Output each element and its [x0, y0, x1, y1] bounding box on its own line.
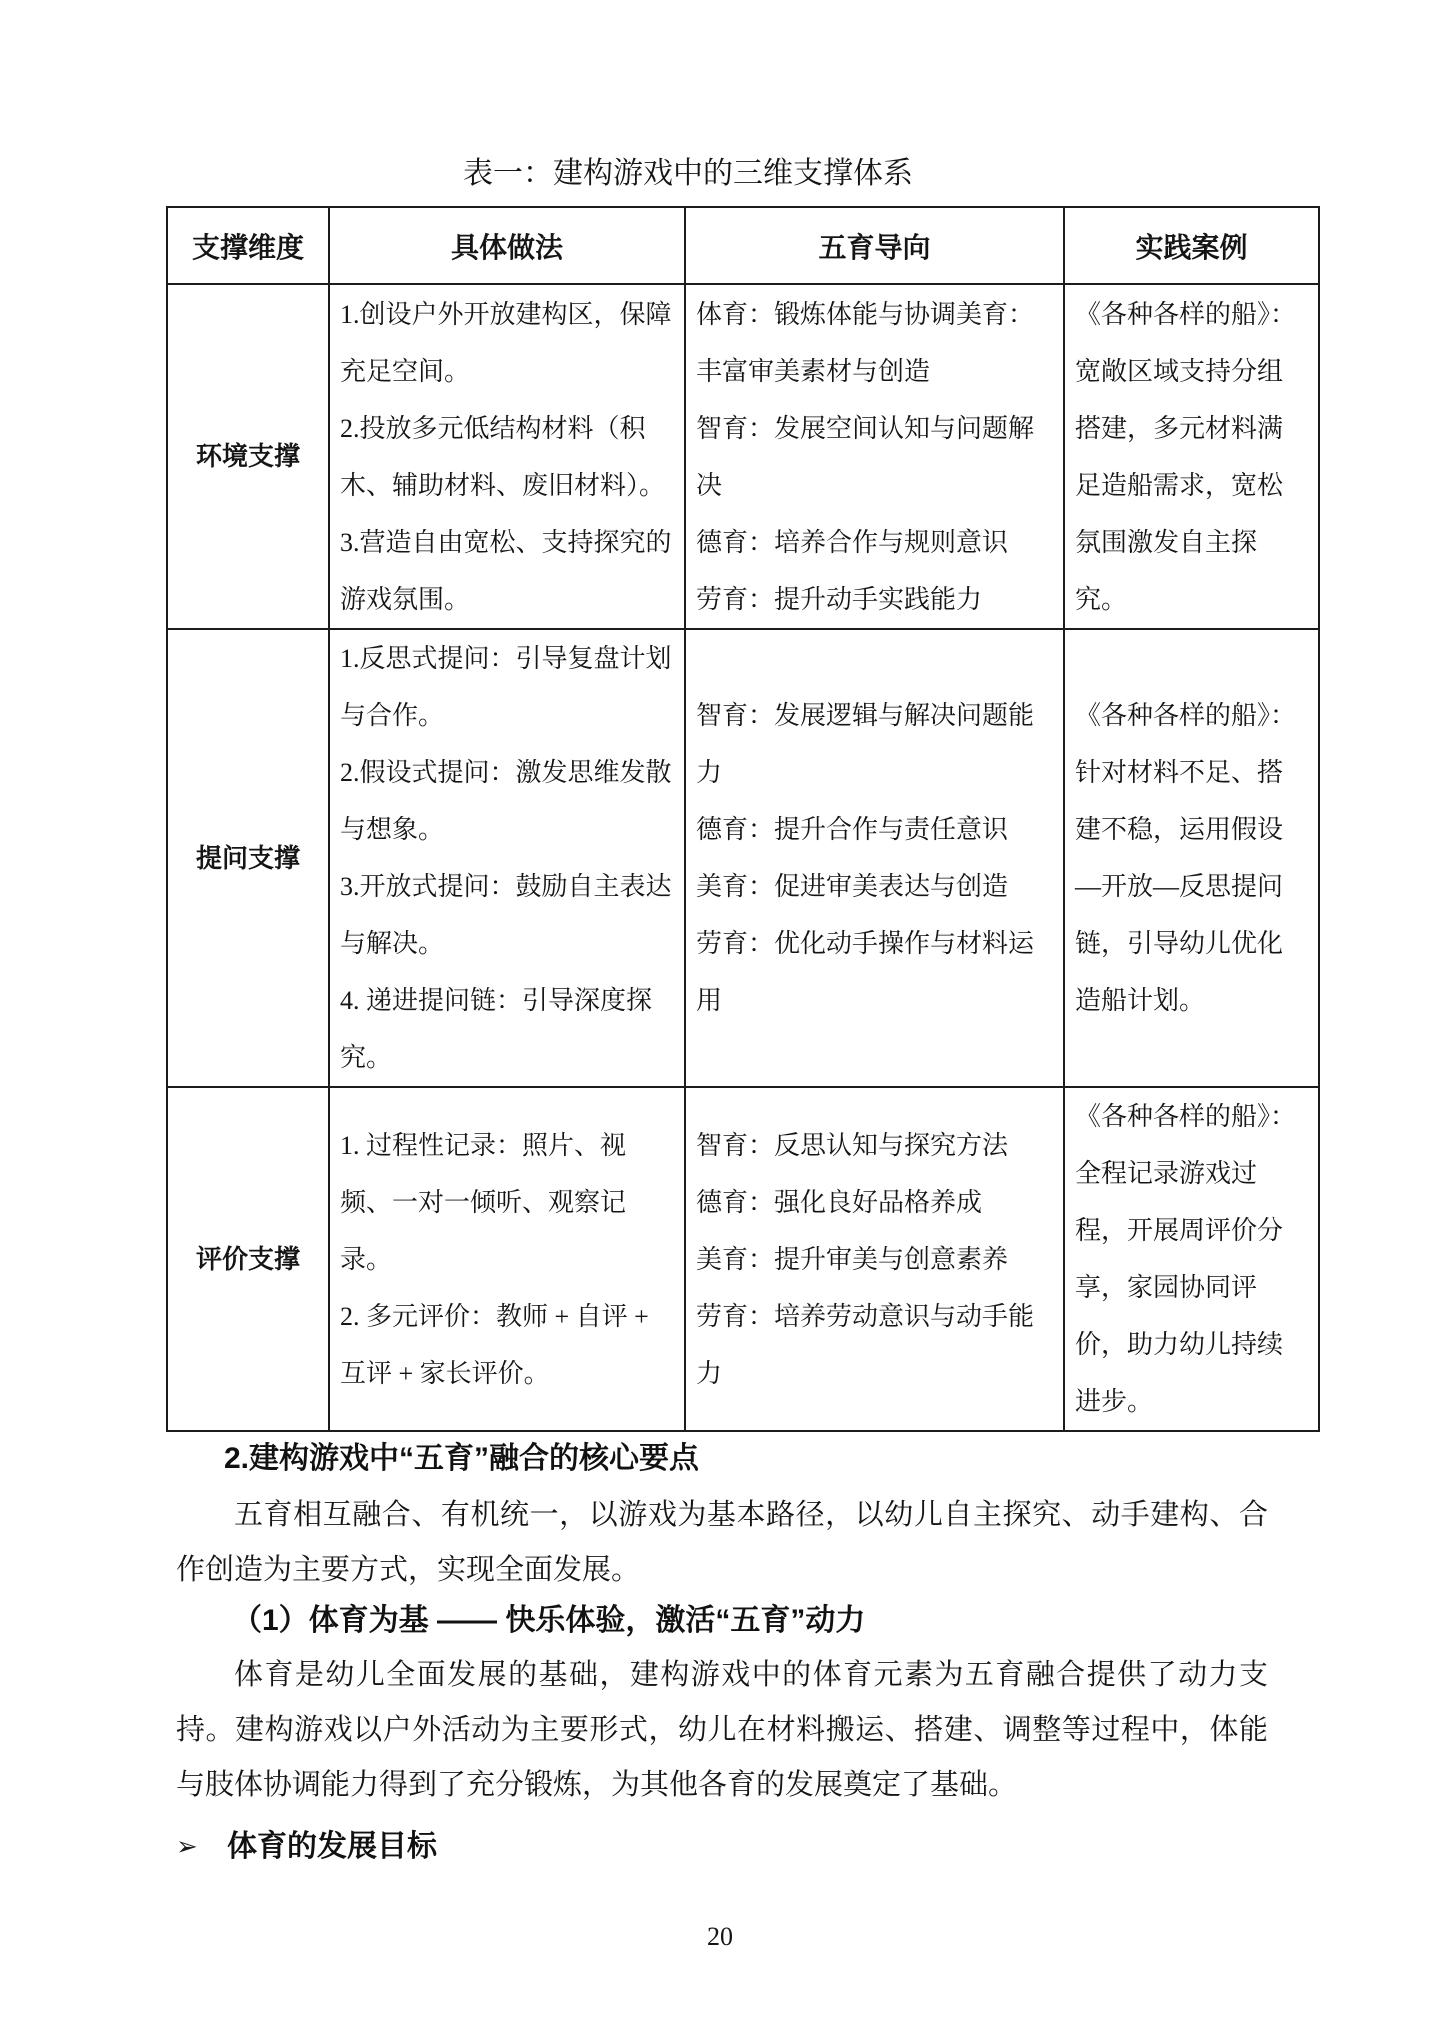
table-row-questioning-support: 提问支撑 1.反思式提问：引导复盘计划与合作。 2.假设式提问：激发思维发散与想… — [167, 629, 1319, 1087]
section-heading-core-points: 2.建构游戏中“五育”融合的核心要点 — [176, 1440, 1270, 1478]
cell-orientation: 体育：锻炼体能与协调美育：丰富审美素材与创造 智育：发展空间认知与问题解决 德育… — [685, 284, 1064, 629]
table-title: 表一：建构游戏中的三维支撑体系 — [0, 0, 1376, 193]
cell-methods: 1.创设户外开放建构区，保障充足空间。 2.投放多元低结构材料（积木、辅助材料、… — [329, 284, 685, 629]
arrow-bullet-icon: ➢ — [176, 1832, 227, 1862]
cell-dimension: 环境支撑 — [167, 284, 329, 629]
cell-case: 《各种各样的船》：全程记录游戏过程，开展周评价分享，家园协同评价，助力幼儿持续进… — [1064, 1087, 1319, 1431]
cell-methods: 1.反思式提问：引导复盘计划与合作。 2.假设式提问：激发思维发散与想象。 3.… — [329, 629, 685, 1087]
cell-dimension: 评价支撑 — [167, 1087, 329, 1431]
subsection-heading-physical-base: （1）体育为基 —— 快乐体验，激活“五育”动力 — [176, 1602, 1270, 1640]
table-row-evaluation-support: 评价支撑 1. 过程性记录：照片、视频、一对一倾听、观察记录。 2. 多元评价：… — [167, 1087, 1319, 1431]
col-header-case: 实践案例 — [1064, 207, 1319, 284]
three-dimension-support-table: 支撑维度 具体做法 五育导向 实践案例 环境支撑 1.创设户外开放建构区，保障充… — [166, 206, 1320, 1432]
document-page: 表一：建构游戏中的三维支撑体系 支撑维度 具体做法 五育导向 实践案例 环境支撑… — [0, 0, 1440, 2036]
paragraph-physical-education: 体育是幼儿全面发展的基础，建构游戏中的体育元素为五育融合提供了动力支持。建构游戏… — [176, 1648, 1268, 1813]
bullet-text: 体育的发展目标 — [227, 1827, 437, 1867]
table-header-row: 支撑维度 具体做法 五育导向 实践案例 — [167, 207, 1319, 284]
cell-methods: 1. 过程性记录：照片、视频、一对一倾听、观察记录。 2. 多元评价：教师 + … — [329, 1087, 685, 1431]
col-header-orientation: 五育导向 — [685, 207, 1064, 284]
col-header-methods: 具体做法 — [329, 207, 685, 284]
cell-case: 《各种各样的船》：宽敞区域支持分组搭建，多元材料满足造船需求，宽松氛围激发自主探… — [1064, 284, 1319, 629]
paragraph-five-educations: 五育相互融合、有机统一，以游戏为基本路径，以幼儿自主探究、动手建构、合作创造为主… — [176, 1488, 1268, 1598]
col-header-dimension: 支撑维度 — [167, 207, 329, 284]
cell-orientation: 智育：反思认知与探究方法 德育：强化良好品格养成 美育：提升审美与创意素养 劳育… — [685, 1087, 1064, 1431]
cell-dimension: 提问支撑 — [167, 629, 329, 1087]
cell-orientation: 智育：发展逻辑与解决问题能力 德育：提升合作与责任意识 美育：促进审美表达与创造… — [685, 629, 1064, 1087]
cell-case: 《各种各样的船》：针对材料不足、搭建不稳，运用假设—开放—反思提问链，引导幼儿优… — [1064, 629, 1319, 1087]
bullet-item-sports-goal: ➢ 体育的发展目标 — [176, 1827, 1440, 1867]
page-number: 20 — [0, 1922, 1440, 1952]
table-row-environment-support: 环境支撑 1.创设户外开放建构区，保障充足空间。 2.投放多元低结构材料（积木、… — [167, 284, 1319, 629]
